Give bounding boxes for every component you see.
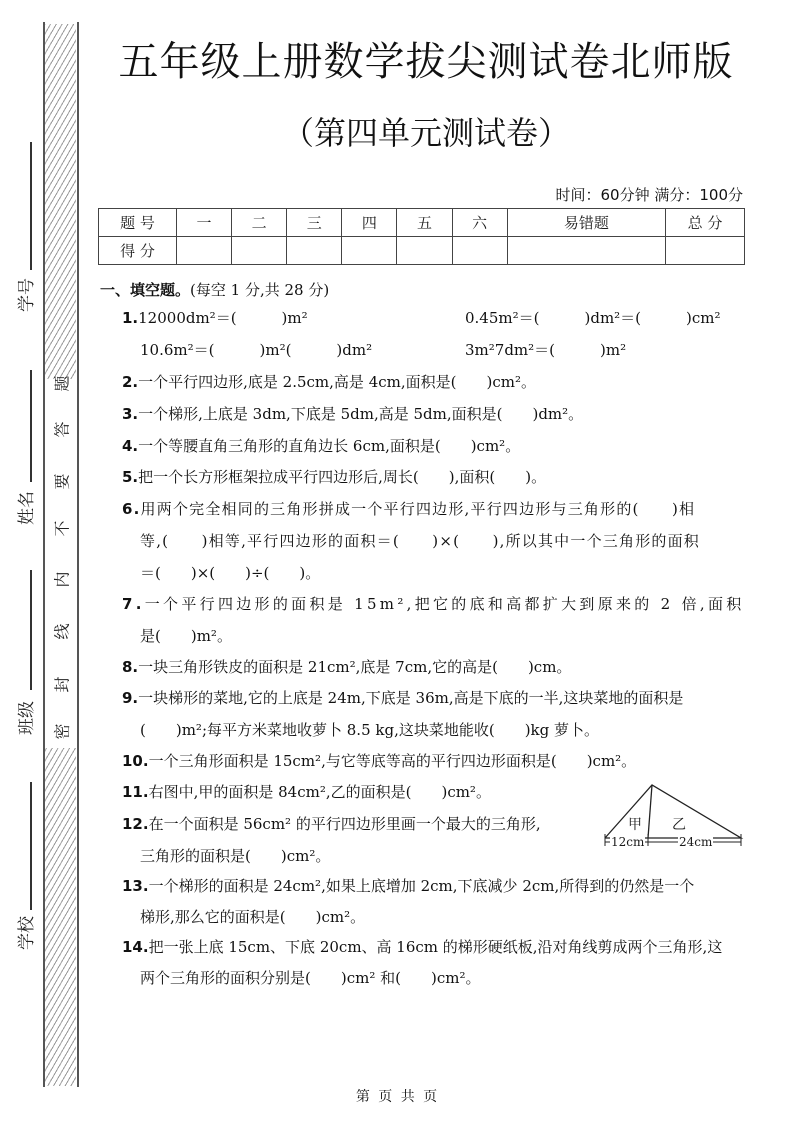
header-cell: 易错题 [507, 209, 665, 237]
question-text: 右图中,甲的面积是 84cm²,乙的面积是( )cm²。 [149, 783, 491, 801]
class-label: 班级 [12, 701, 37, 735]
question-3: 3.一个梯形,上底是 3dm,下底是 5dm,高是 5dm,面积是( )dm²。 [122, 404, 583, 424]
class-field[interactable] [30, 570, 32, 690]
question-number: 10. [122, 752, 149, 770]
question-6-cont: ＝( )×( )÷( )。 [140, 563, 320, 583]
hatch-bottom [45, 748, 76, 1086]
header-cell: 一 [177, 209, 232, 237]
page-subtitle: （第四单元测试卷） [96, 108, 756, 154]
question-number: 7. [122, 595, 145, 613]
name-label: 姓名 [12, 491, 37, 525]
figure-dim-right: 24cm [678, 835, 713, 849]
question-text: 一个平行四边形的面积是 15m²,把它的底和高都扩大到原来的 2 倍,面积 [145, 595, 745, 613]
header-cell: 总 分 [666, 209, 745, 237]
question-1-part: 3m²7dm²＝( )m² [465, 340, 626, 360]
question-text: 用两个完全相同的三角形拼成一个平行四边形,平行四边形与三角形的( )相 [141, 500, 696, 518]
question-text: 等,( )相等,平行四边形的面积＝( )×( ),所以其中一个三角形的面积 [140, 532, 700, 550]
question-number: 13. [122, 877, 149, 895]
question-text: 把一张上底 15cm、下底 20cm、高 16cm 的梯形硬纸板,沿对角线剪成两… [149, 938, 723, 956]
question-text: ＝( )×( )÷( )。 [140, 564, 320, 582]
question-text: 是( )m²。 [140, 627, 232, 645]
question-number: 1. [122, 309, 138, 327]
triangle-figure: 甲 乙 12cm 24cm [600, 780, 750, 852]
score-cell[interactable] [507, 237, 665, 265]
header-cell: 五 [397, 209, 452, 237]
question-14: 14.把一张上底 15cm、下底 20cm、高 16cm 的梯形硬纸板,沿对角线… [122, 937, 722, 957]
school-field[interactable] [30, 782, 32, 910]
hatch-top [45, 24, 76, 379]
header-cell: 二 [232, 209, 287, 237]
seal-char: 线 [50, 617, 73, 647]
question-text: 在一个面积是 56cm² 的平行四边形里画一个最大的三角形, [149, 815, 541, 833]
seal-char: 要 [50, 467, 73, 497]
page-title: 五年级上册数学拔尖测试卷北师版 [96, 30, 756, 87]
score-table-header-row: 题 号 一 二 三 四 五 六 易错题 总 分 [99, 209, 745, 237]
score-cell[interactable] [177, 237, 232, 265]
question-13-cont: 梯形,那么它的面积是( )cm²。 [140, 907, 365, 927]
header-cell: 三 [287, 209, 342, 237]
question-text: 一个平行四边形,底是 2.5cm,高是 4cm,面积是( )cm²。 [138, 373, 536, 391]
question-text: 3m²7dm²＝( )m² [465, 341, 626, 359]
page-footer: 第 页 共 页 [0, 1086, 793, 1106]
question-10: 10.一个三角形面积是 15cm²,与它等底等高的平行四边形面积是( )cm²。 [122, 751, 636, 771]
question-text: 把一个长方形框架拉成平行四边形后,周长( ),面积( )。 [138, 468, 546, 486]
score-table-score-row: 得 分 [99, 237, 745, 265]
section-heading: 一、填空题。(每空 1 分,共 28 分) [100, 279, 329, 300]
question-number: 11. [122, 783, 149, 801]
question-9-cont: ( )m²;每平方米菜地收萝卜 8.5 kg,这块菜地能收( )kg 萝卜。 [140, 720, 599, 740]
school-label: 学校 [12, 916, 37, 950]
question-text: 一个梯形,上底是 3dm,下底是 5dm,高是 5dm,面积是( )dm²。 [138, 405, 583, 423]
question-text: 一块梯形的菜地,它的上底是 24m,下底是 36m,高是下底的一半,这块菜地的面… [138, 689, 683, 707]
question-11: 11.右图中,甲的面积是 84cm²,乙的面积是( )cm²。 [122, 782, 491, 802]
question-6: 6.用两个完全相同的三角形拼成一个平行四边形,平行四边形与三角形的( )相 [122, 499, 695, 519]
section-note: (每空 1 分,共 28 分) [190, 281, 329, 299]
name-field[interactable] [30, 370, 32, 482]
question-number: 14. [122, 938, 149, 956]
question-number: 5. [122, 468, 138, 486]
question-5: 5.把一个长方形框架拉成平行四边形后,周长( ),面积( )。 [122, 467, 546, 487]
question-number: 6. [122, 500, 141, 518]
header-cell: 题 号 [99, 209, 177, 237]
score-cell[interactable] [287, 237, 342, 265]
seal-char: 密 [50, 717, 73, 747]
figure-label-yi: 乙 [672, 814, 686, 834]
question-1-part: 10.6m²＝( )m²( )dm² [140, 340, 372, 360]
score-cell[interactable] [452, 237, 507, 265]
question-1: 1.12000dm²＝( )m² [122, 308, 308, 328]
question-14-cont: 两个三角形的面积分别是( )cm² 和( )cm²。 [140, 968, 480, 988]
student-id-label: 学号 [12, 278, 37, 312]
question-12: 12.在一个面积是 56cm² 的平行四边形里画一个最大的三角形, [122, 814, 541, 834]
score-cell[interactable] [232, 237, 287, 265]
question-text: 三角形的面积是( )cm²。 [140, 847, 330, 865]
question-text: 0.45m²＝( )dm²＝( )cm² [465, 309, 721, 327]
question-4: 4.一个等腰直角三角形的直角边长 6cm,面积是( )cm²。 [122, 436, 520, 456]
question-number: 12. [122, 815, 149, 833]
figure-label-jia: 甲 [628, 814, 642, 834]
figure-dim-left: 12cm [610, 835, 645, 849]
question-text: 一块三角形铁皮的面积是 21cm²,底是 7cm,它的高是( )cm。 [138, 658, 571, 676]
question-number: 4. [122, 437, 138, 455]
question-text: 12000dm²＝( )m² [138, 309, 308, 327]
seal-char: 封 [50, 670, 73, 700]
section-title: 一、填空题。 [100, 281, 190, 299]
question-7: 7.一个平行四边形的面积是 15m²,把它的底和高都扩大到原来的 2 倍,面积 [122, 594, 745, 614]
question-text: 梯形,那么它的面积是( )cm²。 [140, 908, 365, 926]
question-text: 一个梯形的面积是 24cm²,如果上底增加 2cm,下底减少 2cm,所得到的仍… [149, 877, 695, 895]
question-text: 两个三角形的面积分别是( )cm² 和( )cm²。 [140, 969, 480, 987]
binding-line-right [77, 22, 79, 1087]
seal-char: 答 [50, 415, 73, 445]
header-cell: 四 [342, 209, 397, 237]
question-number: 3. [122, 405, 138, 423]
exam-meta: 时间：60分钟 满分：100分 [556, 184, 744, 205]
score-row-label: 得 分 [99, 237, 177, 265]
seal-char: 不 [50, 514, 73, 544]
question-text: 一个等腰直角三角形的直角边长 6cm,面积是( )cm²。 [138, 437, 520, 455]
student-id-field[interactable] [30, 142, 32, 270]
question-text: ( )m²;每平方米菜地收萝卜 8.5 kg,这块菜地能收( )kg 萝卜。 [140, 721, 599, 739]
question-13: 13.一个梯形的面积是 24cm²,如果上底增加 2cm,下底减少 2cm,所得… [122, 876, 694, 896]
score-table: 题 号 一 二 三 四 五 六 易错题 总 分 得 分 [98, 208, 745, 265]
score-cell[interactable] [342, 237, 397, 265]
question-2: 2.一个平行四边形,底是 2.5cm,高是 4cm,面积是( )cm²。 [122, 372, 536, 392]
header-cell: 六 [452, 209, 507, 237]
question-number: 2. [122, 373, 138, 391]
seal-char: 内 [50, 565, 73, 595]
question-6-cont: 等,( )相等,平行四边形的面积＝( )×( ),所以其中一个三角形的面积 [140, 531, 700, 551]
score-cell[interactable] [397, 237, 452, 265]
question-8: 8.一块三角形铁皮的面积是 21cm²,底是 7cm,它的高是( )cm。 [122, 657, 571, 677]
question-12-cont: 三角形的面积是( )cm²。 [140, 846, 330, 866]
seal-char: 题 [50, 369, 73, 399]
question-text: 一个三角形面积是 15cm²,与它等底等高的平行四边形面积是( )cm²。 [149, 752, 637, 770]
question-1-part: 0.45m²＝( )dm²＝( )cm² [465, 308, 721, 328]
question-9: 9.一块梯形的菜地,它的上底是 24m,下底是 36m,高是下底的一半,这块菜地… [122, 688, 683, 708]
question-number: 8. [122, 658, 138, 676]
question-number: 9. [122, 689, 138, 707]
question-7-cont: 是( )m²。 [140, 626, 232, 646]
score-cell[interactable] [666, 237, 745, 265]
question-text: 10.6m²＝( )m²( )dm² [140, 341, 372, 359]
